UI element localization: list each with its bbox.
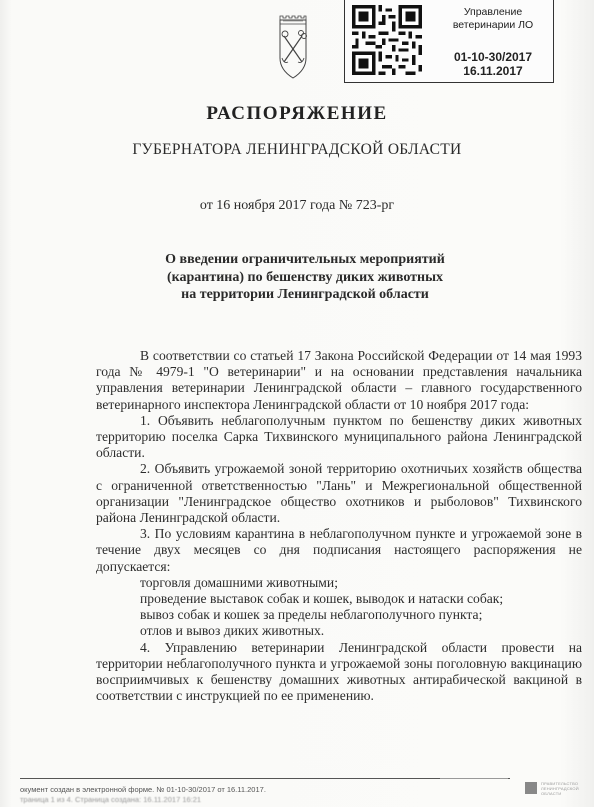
stamp-org-line2: ветеринарии ЛО <box>435 19 551 32</box>
stamp-reg-number: 01-10-30/2017 <box>435 50 551 64</box>
stamp-text: Управление ветеринарии ЛО 01-10-30/2017 … <box>435 6 551 78</box>
government-logo-icon <box>525 782 537 794</box>
document-page: Управление ветеринарии ЛО 01-10-30/2017 … <box>0 0 594 807</box>
order-item-3: 3. По условиям карантина в неблагополучн… <box>96 526 582 575</box>
subject-line: О введении ограничительных мероприятий <box>150 251 460 269</box>
restriction-item: отлов и вывоз диких животных. <box>96 623 582 639</box>
order-item-4: 4. Управлению ветеринарии Ленинградской … <box>96 640 582 705</box>
document-type-title: РАСПОРЯЖЕНИЕ <box>0 103 594 125</box>
order-item-2: 2. Объявить угрожаемой зоной территорию … <box>96 461 582 526</box>
subject-line: (карантина) по бешенству диких животных <box>150 269 460 287</box>
document-subject: О введении ограничительных мероприятий (… <box>150 251 460 304</box>
footer-page-info: траница 1 из 4. Страница создана: 16.11.… <box>20 795 201 804</box>
footer-logo-text: ПРАВИТЕЛЬСТВО ЛЕНИНГРАДСКОЙ ОБЛАСТИ <box>541 781 589 796</box>
coat-of-arms-icon <box>278 14 308 80</box>
footer-divider-right <box>440 778 508 779</box>
document-body: В соответствии со статьей 17 Закона Росс… <box>96 348 582 704</box>
restriction-item: торговля домашними животными; <box>96 575 582 591</box>
restriction-item: вывоз собак и кошек за пределы неблагопо… <box>96 607 582 623</box>
order-item-1: 1. Объявить неблагополучным пунктом по б… <box>96 413 582 462</box>
subject-line: на территории Ленинградской области <box>150 286 460 304</box>
preamble: В соответствии со статьей 17 Закона Росс… <box>96 348 582 413</box>
registration-stamp: Управление ветеринарии ЛО 01-10-30/2017 … <box>344 0 554 83</box>
stamp-reg-date: 16.11.2017 <box>435 64 551 78</box>
qr-code-icon <box>352 4 422 76</box>
footer-divider <box>20 778 510 779</box>
restriction-item: проведение выставок собак и кошек, вывод… <box>96 591 582 607</box>
footer-electronic-note: окумент создан в электронной форме. № 01… <box>20 785 266 794</box>
document-issuer: ГУБЕРНАТОРА ЛЕНИНГРАДСКОЙ ОБЛАСТИ <box>0 141 594 159</box>
stamp-org-line1: Управление <box>435 6 551 19</box>
document-date-number: от 16 ноября 2017 года № 723-рг <box>0 198 594 214</box>
